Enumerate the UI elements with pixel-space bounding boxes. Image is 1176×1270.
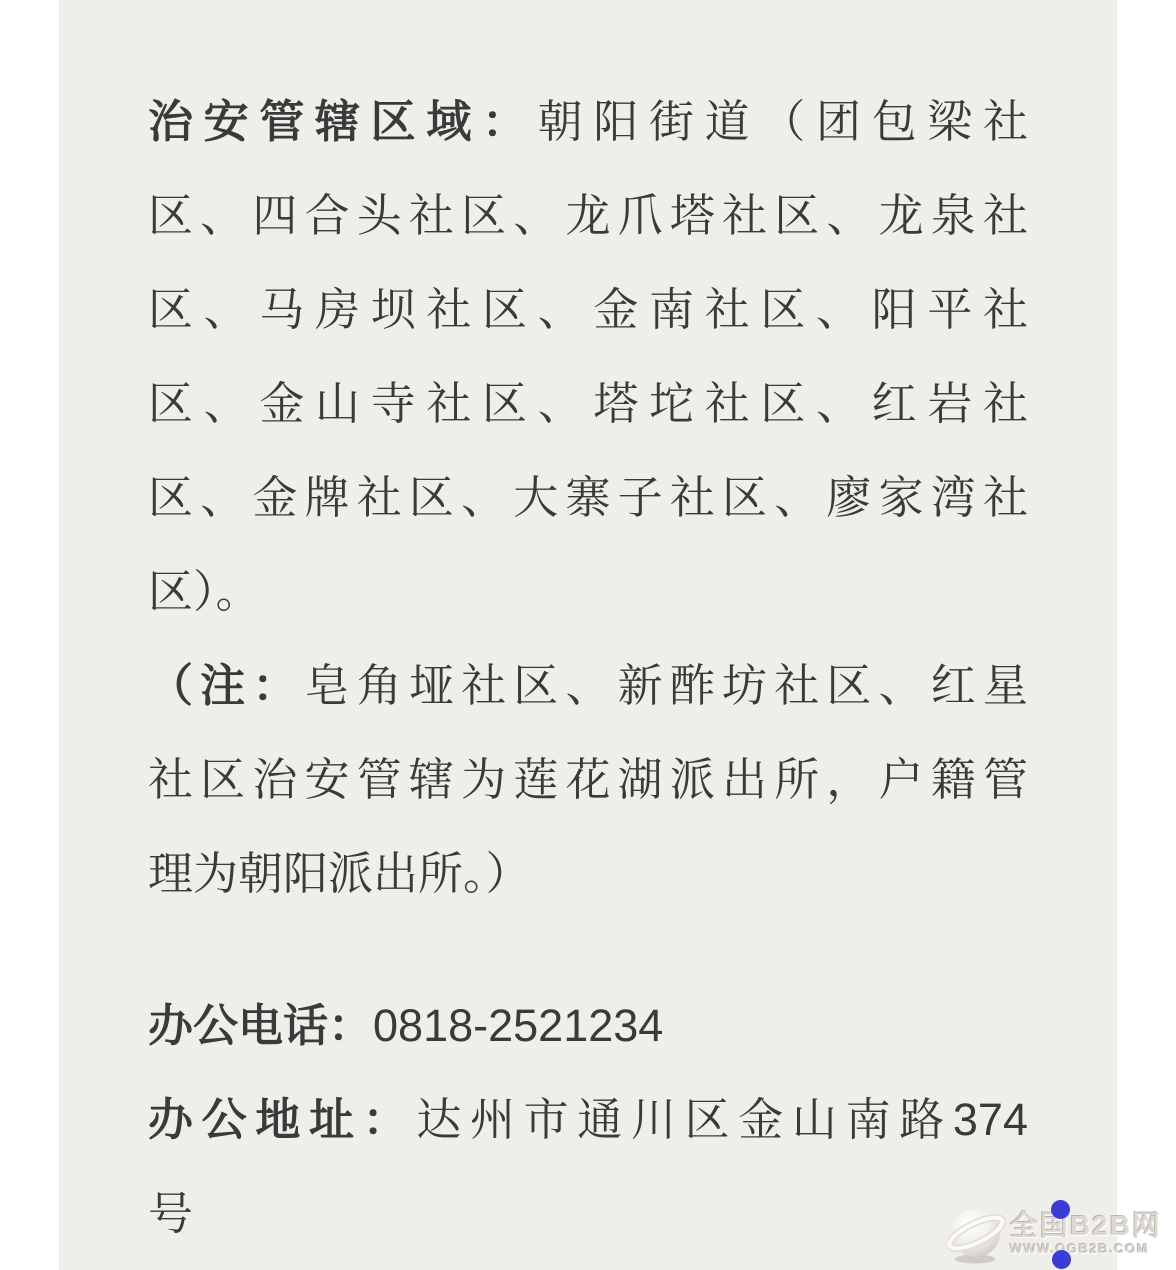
text-segment: 达州市通川区金山南路374 xyxy=(416,1094,1028,1145)
text-line: 区、马房坝社区、金南社区、阳平社 xyxy=(148,263,1028,357)
content-panel: 治安管辖区域：朝阳街道（团包梁社区、四合头社区、龙爪塔社区、龙泉社区、马房坝社区… xyxy=(59,0,1117,1270)
text-segment: 区、金牌社区、大寨子社区、廖家湾社 xyxy=(148,472,1028,523)
text-segment-bold: 办公电话： xyxy=(148,1000,373,1051)
globe-icon xyxy=(948,1202,1008,1264)
paragraph: （注：皂角垭社区、新酢坊社区、红星社区治安管辖为莲花湖派出所，户籍管理为朝阳派出… xyxy=(148,639,1028,921)
text-line: 办公地址：达州市通川区金山南路374 xyxy=(148,1073,1028,1167)
watermark-url: WWW.QGB2B.COM xyxy=(1010,1242,1149,1256)
text-segment: 社区治安管辖为莲花湖派出所，户籍管 xyxy=(148,754,1028,805)
text-segment-bold: （注： xyxy=(148,660,305,711)
text-segment: 区、四合头社区、龙爪塔社区、龙泉社 xyxy=(148,190,1028,241)
text-segment-bold: 办公地址： xyxy=(148,1094,416,1145)
text-segment: 区、金山寺社区、塔坨社区、红岩社 xyxy=(148,378,1028,429)
selection-handle-dot-bottom[interactable] xyxy=(1052,1250,1071,1269)
text-line: 区、四合头社区、龙爪塔社区、龙泉社 xyxy=(148,169,1028,263)
text-segment: 区、马房坝社区、金南社区、阳平社 xyxy=(148,284,1028,335)
text-segment: 0818-2521234 xyxy=(373,1000,663,1051)
text-segment: 区）。 xyxy=(148,566,261,617)
text-segment: 理为朝阳派出所。） xyxy=(148,848,531,899)
paragraph: 办公电话：0818-2521234 xyxy=(148,979,1028,1073)
page: 治安管辖区域：朝阳街道（团包梁社区、四合头社区、龙爪塔社区、龙泉社区、马房坝社区… xyxy=(0,0,1176,1270)
text-line: （注：皂角垭社区、新酢坊社区、红星 xyxy=(148,639,1028,733)
text-line: 区、金山寺社区、塔坨社区、红岩社 xyxy=(148,357,1028,451)
text-segment-bold: 治安管辖区域： xyxy=(148,96,538,147)
watermark-text: 全国B2B网 WWW.QGB2B.COM xyxy=(1010,1211,1162,1256)
paragraph: 治安管辖区域：朝阳街道（团包梁社区、四合头社区、龙爪塔社区、龙泉社区、马房坝社区… xyxy=(148,75,1028,639)
text-line: 区、金牌社区、大寨子社区、廖家湾社 xyxy=(148,451,1028,545)
text-line: 办公电话：0818-2521234 xyxy=(148,979,1028,1073)
text-segment: 皂角垭社区、新酢坊社区、红星 xyxy=(305,660,1028,711)
text-content: 治安管辖区域：朝阳街道（团包梁社区、四合头社区、龙爪塔社区、龙泉社区、马房坝社区… xyxy=(148,75,1028,1261)
text-line: 号 xyxy=(148,1167,1028,1261)
text-line: 社区治安管辖为莲花湖派出所，户籍管 xyxy=(148,733,1028,827)
paragraph: 办公地址：达州市通川区金山南路374号 xyxy=(148,1073,1028,1261)
text-line: 区）。 xyxy=(148,545,1028,639)
selection-handle-dot-top[interactable] xyxy=(1051,1200,1070,1219)
watermark-title: 全国B2B网 xyxy=(1010,1211,1162,1241)
text-segment: 朝阳街道（团包梁社 xyxy=(538,96,1028,147)
text-line: 治安管辖区域：朝阳街道（团包梁社 xyxy=(148,75,1028,169)
text-segment: 号 xyxy=(148,1188,193,1239)
text-line: 理为朝阳派出所。） xyxy=(148,827,1028,921)
